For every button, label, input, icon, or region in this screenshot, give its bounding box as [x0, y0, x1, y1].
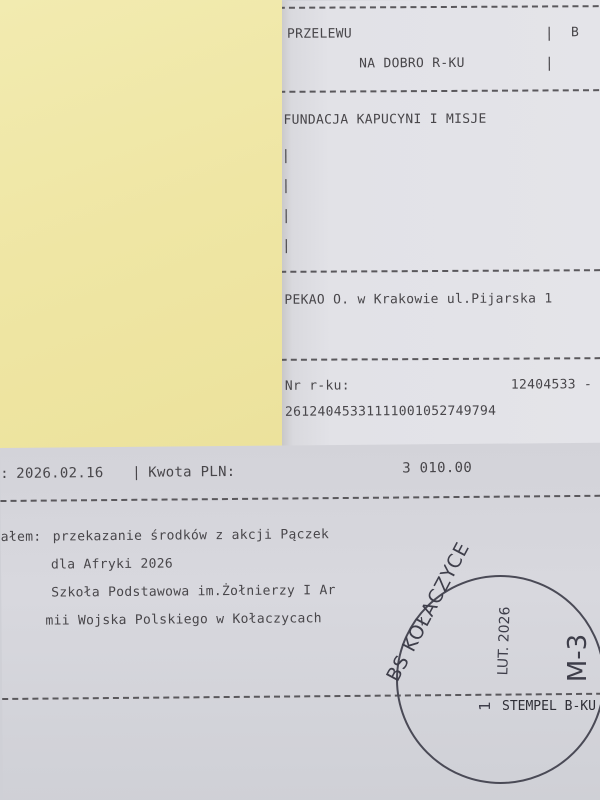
stamp-code: M-3: [563, 634, 593, 682]
stamp-day: 1: [476, 701, 494, 711]
stamp-month-year: LUT. 2026: [495, 606, 513, 675]
divider: [279, 5, 600, 9]
header-line2: NA DOBRO R-KU: [359, 56, 465, 72]
yellow-sticky-note: [0, 0, 282, 452]
title-line-4: mii Wojska Polskiego w Kołaczycach: [45, 611, 321, 628]
column-separator: |: [545, 55, 554, 71]
column-separator: |: [132, 465, 141, 481]
divider: [281, 357, 600, 361]
header-line1: PRZELEWU: [287, 26, 352, 41]
header-col-b: B: [571, 25, 579, 40]
title-line-3: Szkoła Podstawowa im.Żołnierzy I Ar: [51, 583, 336, 600]
field-border: ||||: [282, 141, 291, 261]
receipt-top-sheet: PRZELEWU NA DOBRO R-KU | | B FUNDACJA KA…: [269, 0, 600, 461]
amount-label: Kwota PLN:: [148, 464, 235, 481]
recipient-name: FUNDACJA KAPUCYNI I MISJE: [283, 112, 486, 128]
title-line-1: przekazanie środków z akcji Pączek: [53, 527, 329, 544]
bank-stamp: BS KOŁACZYCE 1 LUT. 2026 M-3 STEMPEL B-K…: [396, 575, 600, 784]
divider: [279, 89, 600, 93]
divider: [0, 495, 600, 502]
date-prefix: :: [0, 466, 9, 482]
title-prefix: ałem:: [1, 530, 42, 545]
stamp-label: STEMPEL B-KU: [502, 699, 596, 714]
bank-code: 12404533 -: [511, 377, 592, 392]
bank-name: PEKAO O. w Krakowie ul.Pijarska 1: [284, 291, 552, 307]
account-label: Nr r-ku:: [285, 378, 350, 393]
divider: [280, 269, 600, 273]
column-separator: |: [545, 25, 554, 41]
amount-value: 3 010.00: [402, 460, 472, 477]
transfer-date: 2026.02.16: [16, 465, 103, 482]
account-number: 26124045331111001052749794: [285, 404, 496, 420]
title-line-2: dla Afryki 2026: [51, 556, 173, 572]
